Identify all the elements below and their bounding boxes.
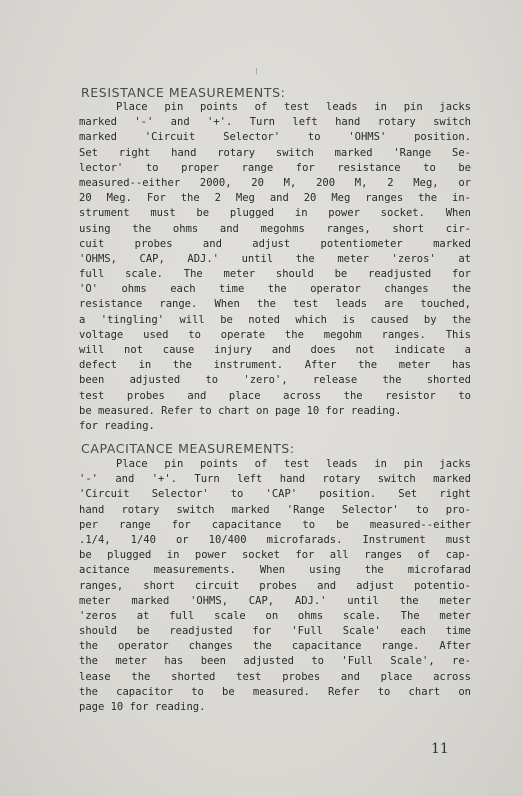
text-line: marked '-' and '+'. Turn left hand rotar… (79, 115, 471, 130)
text-line: be measured. Refer to chart on page 10 f… (79, 404, 471, 419)
text-line: Place pin points of test leads in pin ja… (79, 100, 471, 115)
text-line: voltage used to operate the megohm range… (79, 328, 471, 343)
text-line: Place pin points of test leads in pin ja… (79, 457, 471, 472)
text-line: 'zeros at full scale on ohms scale. The … (79, 609, 471, 624)
text-line: cuit probes and adjust potentiometer mar… (79, 237, 471, 252)
text-line: using the ohms and megohms ranges, short… (79, 222, 471, 237)
text-line: will not cause injury and does not indic… (79, 343, 471, 358)
text-line: lector' to proper range for resistance t… (79, 161, 471, 176)
text-line: be plugged in power socket for all range… (79, 548, 471, 563)
section-body-capacitance: Place pin points of test leads in pin ja… (79, 457, 471, 715)
text-line: .1/4, 1/40 or 10/400 microfarads. Instru… (79, 533, 471, 548)
scan-mark (256, 68, 257, 74)
text-line: the capacitor to be measured. Refer to c… (79, 685, 471, 700)
text-line: the operator changes the capacitance ran… (79, 639, 471, 654)
text-line: the meter has been adjusted to 'Full Sca… (79, 654, 471, 669)
text-line: Set right hand rotary switch marked 'Ran… (79, 146, 471, 161)
text-line: for reading. (79, 419, 471, 434)
text-line: 'OHMS, CAP, ADJ.' until the meter 'zeros… (79, 252, 471, 267)
text-line: been adjusted to 'zero', release the sho… (79, 373, 471, 388)
text-line: marked 'Circuit Selector' to 'OHMS' posi… (79, 130, 471, 145)
text-line: defect in the instrument. After the mete… (79, 358, 471, 373)
text-line: acitance measurements. When using the mi… (79, 563, 471, 578)
text-line: measured--either 2000, 20 M, 200 M, 2 Me… (79, 176, 471, 191)
text-line: hand rotary switch marked 'Range Selecto… (79, 503, 471, 518)
section-heading-capacitance: CAPACITANCE MEASUREMENTS: (81, 441, 295, 456)
text-line: 'Circuit Selector' to 'CAP' position. Se… (79, 487, 471, 502)
text-line: a 'tingling' will be noted which is caus… (79, 313, 471, 328)
text-line: meter marked 'OHMS, CAP, ADJ.' until the… (79, 594, 471, 609)
text-line: ranges, short circuit probes and adjust … (79, 579, 471, 594)
section-heading-resistance: RESISTANCE MEASUREMENTS: (81, 85, 285, 100)
section-body-resistance: Place pin points of test leads in pin ja… (79, 100, 471, 434)
text-line: test probes and place across the resisto… (79, 389, 471, 404)
text-line: strument must be plugged in power socket… (79, 206, 471, 221)
text-line: '-' and '+'. Turn left hand rotary switc… (79, 472, 471, 487)
text-line: should be readjusted for 'Full Scale' ea… (79, 624, 471, 639)
text-line: 20 Meg. For the 2 Meg and 20 Meg ranges … (79, 191, 471, 206)
text-line: per range for capacitance to be measured… (79, 518, 471, 533)
text-line: page 10 for reading. (79, 700, 471, 715)
document-page: RESISTANCE MEASUREMENTS: Place pin point… (0, 0, 522, 796)
text-line: 'O' ohms each time the operator changes … (79, 282, 471, 297)
text-line: resistance range. When the test leads ar… (79, 297, 471, 312)
page-number: 11 (431, 741, 449, 757)
text-line: full scale. The meter should be readjust… (79, 267, 471, 282)
text-line: lease the shorted test probes and place … (79, 670, 471, 685)
